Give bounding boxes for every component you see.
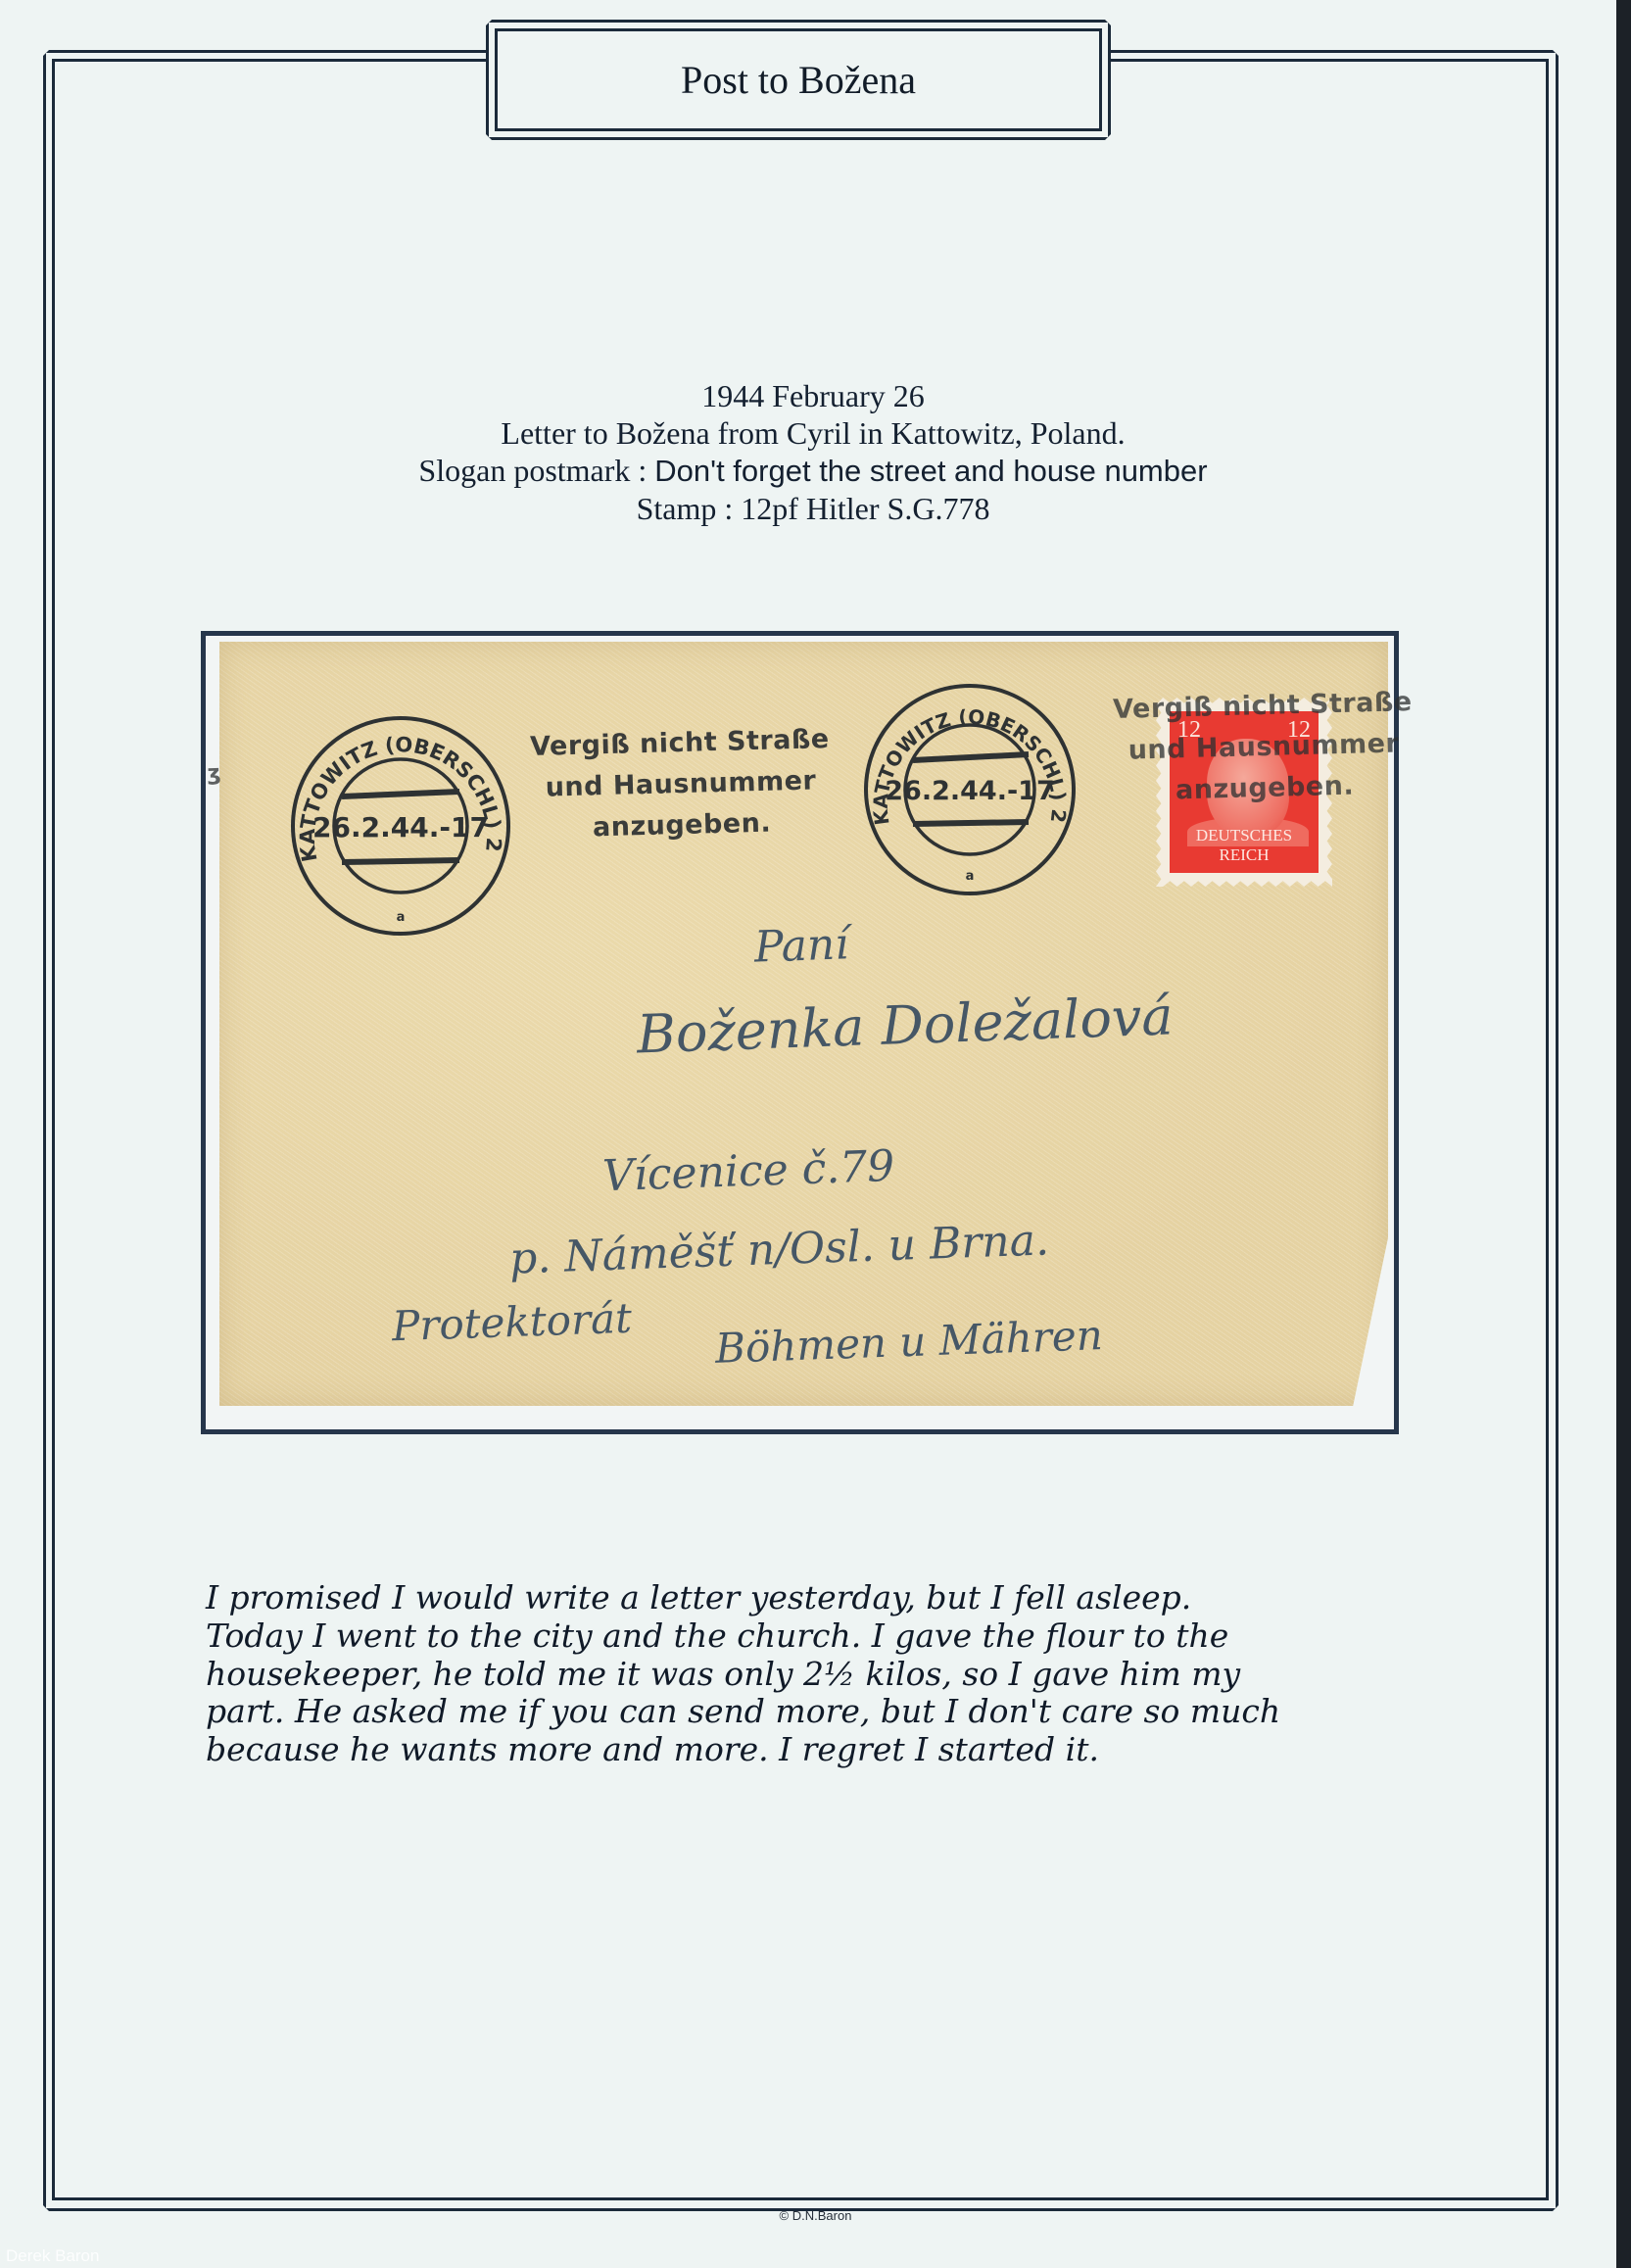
page-title: Post to Božena (681, 57, 916, 103)
stamp-info: Stamp : 12pf Hitler S.G.778 (196, 490, 1430, 527)
letter-transcription: I promised I would write a letter yester… (206, 1579, 1401, 1769)
slogan-over-stamp-line-3: anzugeben. (1103, 764, 1427, 814)
slogan-line-3: anzugeben. (520, 801, 844, 851)
scan-edge-strip (1616, 0, 1631, 2268)
postmark-1-letter: a (397, 910, 406, 925)
cover-date: 1944 February 26 (196, 377, 1430, 414)
letter-line: I promised I would write a letter yester… (206, 1579, 1401, 1617)
postmark-1-svg: KATTOWITZ (OBERSCHL) 2 26.2.44.-17 a (288, 713, 513, 939)
postmark-2-svg: KATTOWITZ (OBERSCHL) 2 26.2.44.-17 a (862, 682, 1078, 897)
slogan-postmark-over-stamp: Vergiß nicht Straße und Hausnummer anzug… (1100, 682, 1426, 814)
title-box-inner: Post to Božena (495, 28, 1102, 131)
postmark-2-date: 26.2.44.-17 (885, 776, 1054, 806)
postmark-circular-2: KATTOWITZ (OBERSCHL) 2 26.2.44.-17 a (862, 682, 1078, 902)
letter-line: Today I went to the city and the church.… (206, 1617, 1401, 1656)
postmark-1-date: 26.2.44.-17 (312, 811, 489, 844)
postmark-2-ring-text: KATTOWITZ (OBERSCHL) 2 (869, 704, 1071, 826)
photographer-watermark: Derek Baron (6, 2246, 99, 2266)
address-salutation: Paní (753, 919, 849, 972)
slogan-translation: Don't forget the street and house number (654, 454, 1207, 488)
slogan-label: Slogan postmark : (418, 453, 654, 488)
copyright-notice: © D.N.Baron (0, 2208, 1631, 2223)
postmark-circular-1: KATTOWITZ (OBERSCHL) 2 26.2.44.-17 a (288, 713, 513, 943)
address-village: Vícenice č.79 (601, 1141, 895, 1201)
letter-line: housekeeper, he told me it was only 2½ k… (206, 1656, 1401, 1694)
letter-line: because he wants more and more. I regret… (206, 1731, 1401, 1769)
slogan-description: Slogan postmark : Don't forget the stree… (196, 452, 1430, 490)
slogan-postmark: Vergiß nicht Straße und Hausnummer anzug… (517, 719, 843, 851)
stamp-country: DEUTSCHES REICH (1170, 826, 1319, 865)
svg-text:KATTOWITZ (OBERSCHL) 2: KATTOWITZ (OBERSCHL) 2 (869, 704, 1071, 826)
postmark-2-letter: a (966, 869, 975, 884)
slogan-line-2: und Hausnummer (519, 760, 843, 810)
letter-line: part. He asked me if you can send more, … (206, 1693, 1401, 1731)
cover-description: 1944 February 26 Letter to Božena from C… (196, 377, 1430, 527)
cover-summary: Letter to Božena from Cyril in Kattowitz… (196, 414, 1430, 452)
slogan-over-stamp-line-2: und Hausnummer (1102, 723, 1426, 773)
svg-text:KATTOWITZ (OBERSCHL) 2: KATTOWITZ (OBERSCHL) 2 (296, 733, 505, 864)
address-protectorate: Protektorát (391, 1294, 633, 1351)
title-box: Post to Božena (486, 20, 1111, 140)
slogan-fragment-left: ʒ​ (207, 754, 223, 833)
postmark-1-ring-text: KATTOWITZ (OBERSCHL) 2 (296, 733, 505, 864)
